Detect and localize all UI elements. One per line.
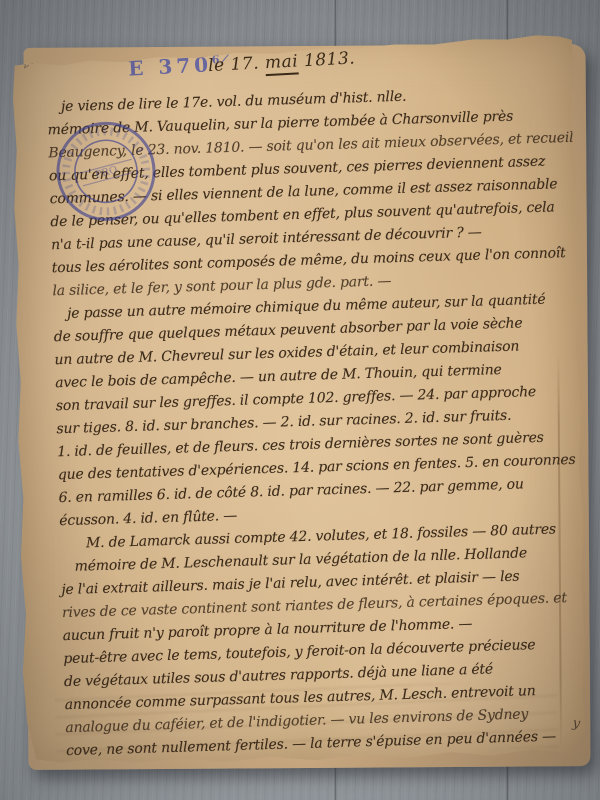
round-stamp-fragment: PRO [94, 165, 119, 181]
photograph-of-manuscript: { "photo": { "background_color": "#8d919… [0, 0, 600, 800]
date-month-underlined: mai [264, 51, 298, 76]
date-year: 1813. [298, 48, 356, 71]
ink-showthrough [55, 682, 558, 757]
edge-pen-mark: y [571, 716, 580, 732]
manuscript-page: 206 E 3706⁄ le 17. mai 1813. PRO je vien… [10, 31, 589, 767]
date-prefix: le 17. [208, 53, 266, 76]
